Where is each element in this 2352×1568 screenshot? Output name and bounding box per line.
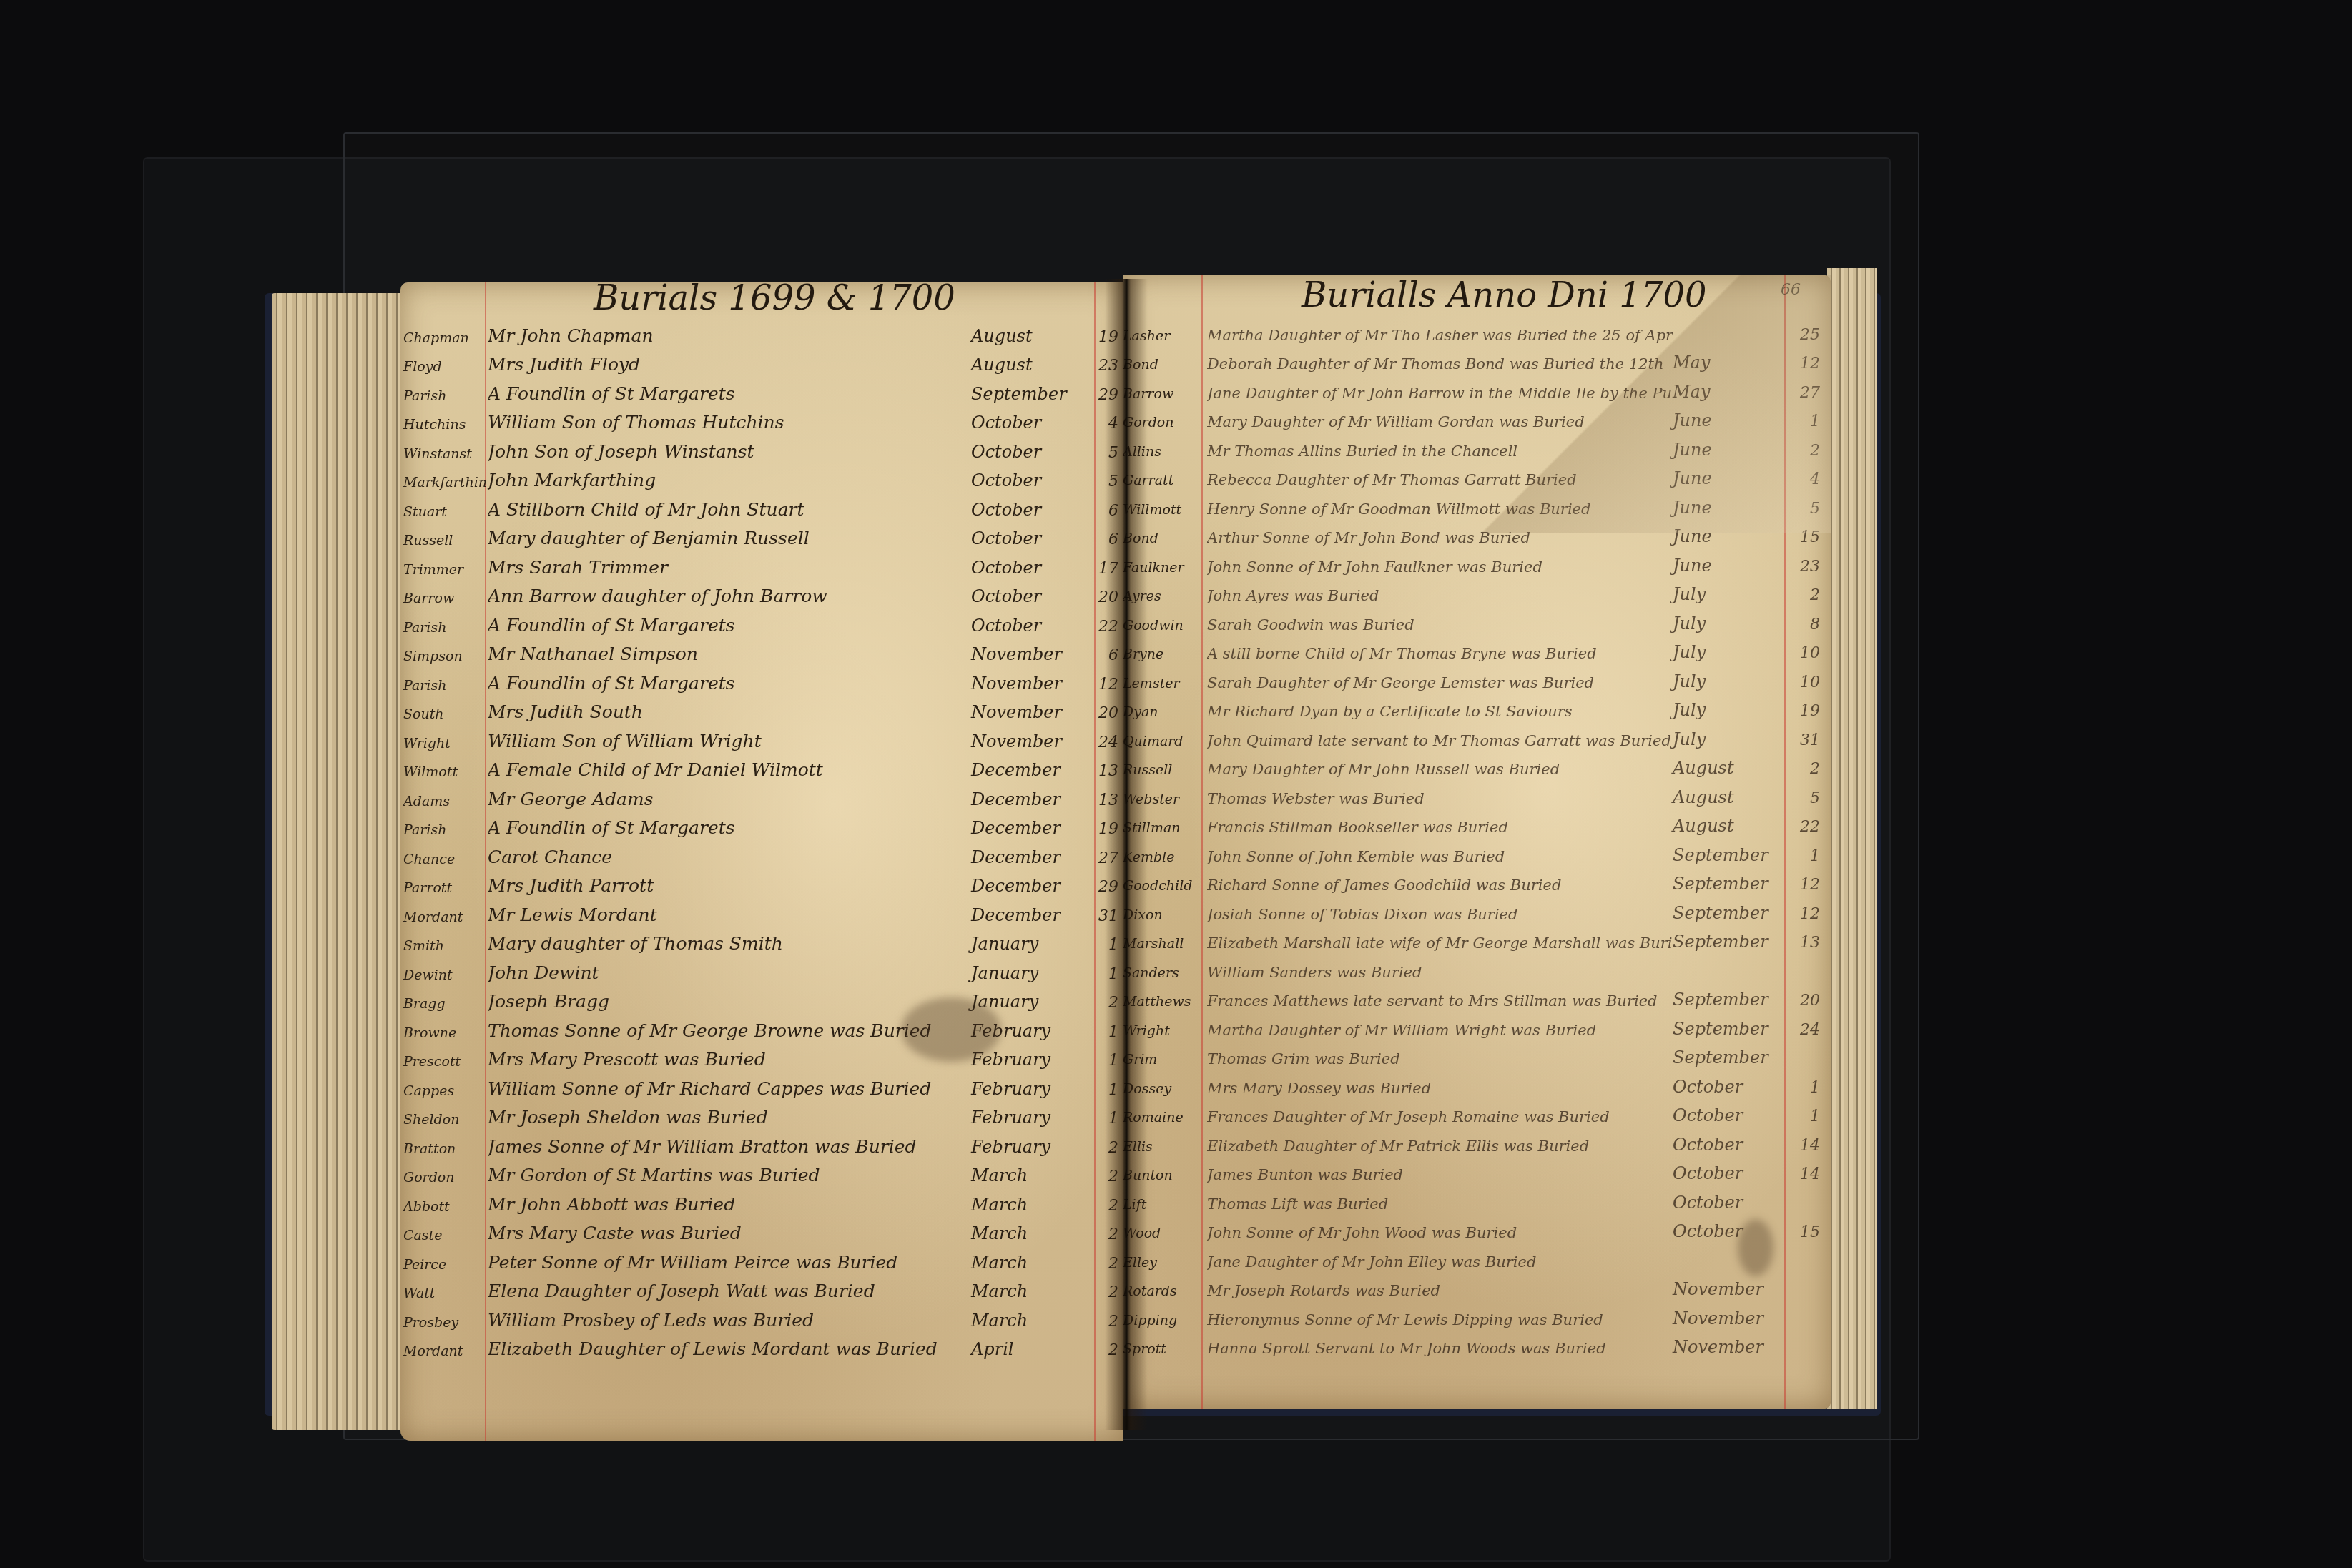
burial-entry: BarrowJane Daughter of Mr John Barrow in…: [1123, 373, 1820, 402]
burial-entry: AbbottMr John Abbott was BuriedMarch2: [403, 1185, 1118, 1215]
entry-month: June: [1673, 526, 1794, 546]
entry-month: July: [1673, 642, 1794, 662]
entry-margin: Mordant: [403, 909, 488, 925]
entry-month: September: [1673, 903, 1794, 923]
entry-month: May: [1673, 352, 1794, 373]
entry-entry: Elena Daughter of Joseph Watt was Buried: [488, 1281, 971, 1301]
entry-month: December: [971, 760, 1093, 780]
entry-margin: Adams: [403, 794, 488, 809]
entry-month: June: [1673, 498, 1794, 518]
entry-entry: Mr John Abbott was Buried: [488, 1194, 971, 1215]
entry-entry: Ann Barrow daughter of John Barrow: [488, 586, 971, 606]
burial-entry: ElleyJane Daughter of Mr John Elley was …: [1123, 1241, 1820, 1271]
entry-month: September: [971, 384, 1093, 404]
burial-entry: KembleJohn Sonne of John Kemble was Buri…: [1123, 836, 1820, 865]
entry-entry: Hanna Sprott Servant to Mr John Woods wa…: [1207, 1340, 1673, 1357]
entry-entry: Joseph Bragg: [488, 991, 971, 1012]
entry-entry: John Sonne of Mr John Wood was Buried: [1207, 1224, 1673, 1241]
entry-month: October: [971, 616, 1093, 636]
entry-entry: A Stillborn Child of Mr John Stuart: [488, 499, 971, 520]
entry-entry: Elizabeth Daughter of Lewis Mordant was …: [488, 1338, 971, 1359]
entry-margin: Watt: [403, 1286, 488, 1301]
entry-month: August: [1673, 758, 1794, 778]
burial-entry: BrowneThomas Sonne of Mr George Browne w…: [403, 1012, 1118, 1041]
entry-entry: John Dewint: [488, 962, 971, 983]
burial-entry: TrimmerMrs Sarah TrimmerOctober17: [403, 548, 1118, 578]
entry-month: November: [971, 731, 1093, 751]
entry-margin: Bratton: [403, 1141, 488, 1157]
folio-number: 66: [1781, 281, 1801, 299]
entry-month: June: [1673, 468, 1794, 488]
entry-month: August: [971, 326, 1093, 346]
entry-margin: Simpson: [403, 649, 488, 664]
entry-entry: William Son of William Wright: [488, 731, 971, 751]
burial-entry: EllisElizabeth Daughter of Mr Patrick El…: [1123, 1125, 1820, 1155]
page-edges-right: [1827, 268, 1877, 1409]
entry-margin: Gordon: [403, 1170, 488, 1185]
entry-day: 5: [1794, 789, 1820, 807]
entry-month: May: [1673, 382, 1794, 402]
entry-entry: Mr Lewis Mordant: [488, 904, 971, 925]
burial-entry: BarrowAnn Barrow daughter of John Barrow…: [403, 578, 1118, 607]
entry-entry: Rebecca Daughter of Mr Thomas Garratt Bu…: [1207, 471, 1673, 488]
entry-entry: Mr Thomas Allins Buried in the Chancell: [1207, 443, 1673, 460]
entry-entry: A Female Child of Mr Daniel Wilmott: [488, 759, 971, 780]
burial-entry: RussellMary daughter of Benjamin Russell…: [403, 520, 1118, 549]
entry-entry: Jane Daughter of Mr John Elley was Burie…: [1207, 1253, 1673, 1271]
burial-entry: RussellMary Daughter of Mr John Russell …: [1123, 749, 1820, 779]
burial-entry: SouthMrs Judith SouthNovember20: [403, 694, 1118, 723]
entry-day: 24: [1794, 1021, 1820, 1039]
entry-day: 23: [1794, 558, 1820, 576]
entry-day: 8: [1794, 616, 1820, 633]
burial-entry: GrimThomas Grim was BuriedSeptember: [1123, 1039, 1820, 1068]
entry-month: September: [1673, 1047, 1794, 1067]
entry-margin: Prescott: [403, 1054, 488, 1070]
entry-entry: Mary daughter of Thomas Smith: [488, 933, 971, 954]
page-title: Burialls Anno Dni 1700: [1302, 275, 1707, 315]
entry-entry: John Sonne of John Kemble was Buried: [1207, 848, 1673, 865]
entry-month: October: [971, 470, 1093, 490]
burial-entry: AyresJohn Ayres was BuriedJuly2: [1123, 576, 1820, 605]
entry-month: November: [971, 674, 1093, 694]
entry-margin: Abbott: [403, 1199, 488, 1215]
entry-month: October: [971, 442, 1093, 462]
entry-entry: Mr John Chapman: [488, 325, 971, 346]
entry-month: March: [971, 1281, 1093, 1301]
entry-month: September: [1673, 874, 1794, 894]
entry-entry: Mrs Mary Prescott was Buried: [488, 1049, 971, 1070]
entry-day: 27: [1794, 384, 1820, 402]
entry-entry: Mrs Mary Dossey was Buried: [1207, 1080, 1673, 1097]
burial-entry: GarrattRebecca Daughter of Mr Thomas Gar…: [1123, 460, 1820, 489]
entry-margin: Markfarthing: [403, 475, 488, 490]
burial-entry: HutchinsWilliam Son of Thomas HutchinsOc…: [403, 404, 1118, 433]
burial-entry: ChanceCarot ChanceDecember27: [403, 838, 1118, 867]
entry-entry: Hieronymus Sonne of Mr Lewis Dipping was…: [1207, 1311, 1673, 1328]
entry-month: November: [971, 702, 1093, 722]
entry-entry: James Sonne of Mr William Bratton was Bu…: [488, 1136, 971, 1157]
entry-month: September: [1673, 932, 1794, 952]
left-page: Burials 1699 & 1700 ChapmanMr John Chapm…: [400, 282, 1123, 1441]
entry-entry: Mrs Judith South: [488, 701, 971, 722]
entry-month: December: [971, 847, 1093, 867]
entry-month: July: [1673, 729, 1794, 749]
entry-entry: Mrs Judith Floyd: [488, 354, 971, 375]
entry-day: 31: [1794, 731, 1820, 749]
burial-entry: BondDeborah Daughter of Mr Thomas Bond w…: [1123, 344, 1820, 373]
entry-day: 2: [1794, 586, 1820, 604]
entry-day: 13: [1794, 934, 1820, 952]
burial-entry: RomaineFrances Daughter of Mr Joseph Rom…: [1123, 1097, 1820, 1126]
entry-day: 1: [1794, 413, 1820, 430]
entry-month: October: [1673, 1135, 1794, 1155]
entry-month: July: [1673, 700, 1794, 720]
burial-entry: WoodJohn Sonne of Mr John Wood was Burie…: [1123, 1213, 1820, 1242]
entry-entry: Arthur Sonne of Mr John Bond was Buried: [1207, 529, 1673, 546]
entry-margin: Parish: [403, 388, 488, 404]
entry-day: 10: [1794, 644, 1820, 662]
burial-entry: WrightMartha Daughter of Mr William Wrig…: [1123, 1010, 1820, 1039]
entry-month: February: [971, 1137, 1093, 1157]
entry-month: February: [971, 1050, 1093, 1070]
entry-day: 4: [1794, 470, 1820, 488]
entry-entry: John Quimard late servant to Mr Thomas G…: [1207, 732, 1673, 749]
entry-month: October: [971, 500, 1093, 520]
entry-entry: Thomas Sonne of Mr George Browne was Bur…: [488, 1020, 971, 1041]
entry-day: 10: [1794, 674, 1820, 691]
burial-entry: SprottHanna Sprott Servant to Mr John Wo…: [1123, 1328, 1820, 1358]
burial-entry: GoodwinSarah Goodwin was BuriedJuly8: [1123, 604, 1820, 633]
entry-entry: Jane Daughter of Mr John Barrow in the M…: [1207, 385, 1673, 402]
entry-margin: Barrow: [403, 591, 488, 606]
burial-entry: CappesWilliam Sonne of Mr Richard Cappes…: [403, 1070, 1118, 1099]
entry-day: 20: [1794, 992, 1820, 1010]
entry-entry: Mary Daughter of Mr William Gordan was B…: [1207, 413, 1673, 430]
entry-day: 25: [1794, 326, 1820, 344]
entry-day: 14: [1794, 1137, 1820, 1155]
burial-entry: AdamsMr George AdamsDecember13: [403, 780, 1118, 809]
entry-entry: Thomas Grim was Buried: [1207, 1050, 1673, 1067]
entry-entry: Peter Sonne of Mr William Peirce was Bur…: [488, 1252, 971, 1273]
entry-margin: Stuart: [403, 504, 488, 520]
entry-margin: Parrott: [403, 880, 488, 896]
entry-month: July: [1673, 613, 1794, 633]
entry-margin: Sheldon: [403, 1112, 488, 1128]
burial-entry: ParishA Foundlin of St MargaretsSeptembe…: [403, 375, 1118, 404]
entry-entry: Martha Daughter of Mr Tho Lasher was Bur…: [1207, 327, 1673, 344]
burial-entry: WrightWilliam Son of William WrightNovem…: [403, 722, 1118, 751]
entry-month: September: [1673, 845, 1794, 865]
burial-entry: SheldonMr Joseph Sheldon was BuriedFebru…: [403, 1099, 1118, 1128]
entry-entry: Mr George Adams: [488, 789, 971, 809]
entry-day: 19: [1794, 702, 1820, 720]
burial-entry: ParishA Foundlin of St MargaretsNovember…: [403, 664, 1118, 694]
entry-day: 1: [1794, 1079, 1820, 1097]
burial-entry: GoodchildRichard Sonne of James Goodchil…: [1123, 865, 1820, 894]
entry-entry: William Sanders was Buried: [1207, 964, 1673, 981]
entry-margin: Prosbey: [403, 1315, 488, 1331]
stain: [901, 997, 1001, 1062]
entry-day: 14: [1794, 1165, 1820, 1183]
burial-entry: PrescottMrs Mary Prescott was BuriedFebr…: [403, 1041, 1118, 1070]
entry-margin: Chance: [403, 852, 488, 867]
entry-month: November: [1673, 1279, 1794, 1299]
entry-month: November: [1673, 1337, 1794, 1357]
entry-entry: John Ayres was Buried: [1207, 587, 1673, 604]
entry-day: 12: [1794, 876, 1820, 894]
burial-entry: ParishA Foundlin of St MargaretsDecember…: [403, 809, 1118, 839]
entry-entry: Elizabeth Marshall late wife of Mr Georg…: [1207, 935, 1673, 952]
entry-day: 5: [1794, 500, 1820, 518]
entry-month: October: [1673, 1163, 1794, 1183]
entry-month: September: [1673, 1019, 1794, 1039]
page-title: Burials 1699 & 1700: [594, 278, 955, 318]
entry-margin: Peirce: [403, 1257, 488, 1273]
entry-entry: John Sonne of Mr John Faulkner was Burie…: [1207, 558, 1673, 576]
burial-entry: MarshallElizabeth Marshall late wife of …: [1123, 923, 1820, 952]
entry-entry: Mary daughter of Benjamin Russell: [488, 528, 971, 548]
entry-entry: Thomas Webster was Buried: [1207, 790, 1673, 807]
entry-margin: Browne: [403, 1025, 488, 1041]
entry-margin: Bragg: [403, 996, 488, 1012]
entry-month: August: [971, 355, 1093, 375]
burial-entry: QuimardJohn Quimard late servant to Mr T…: [1123, 720, 1820, 749]
entry-month: August: [1673, 816, 1794, 836]
entry-entry: Sarah Daughter of Mr George Lemster was …: [1207, 674, 1673, 691]
entry-month: March: [971, 1223, 1093, 1243]
entry-month: March: [971, 1195, 1093, 1215]
burial-entry: DewintJohn DewintJanuary1: [403, 954, 1118, 983]
entry-entry: James Bunton was Buried: [1207, 1166, 1673, 1183]
entry-month: December: [971, 789, 1093, 809]
entry-month: March: [971, 1311, 1093, 1331]
entry-entry: Frances Matthews late servant to Mrs Sti…: [1207, 992, 1673, 1010]
entry-entry: Carot Chance: [488, 847, 971, 867]
entry-margin: Dewint: [403, 967, 488, 983]
right-page: Burialls Anno Dni 1700 66 LasherMartha D…: [1123, 275, 1831, 1409]
burial-entry: GordonMr Gordon of St Martins was Buried…: [403, 1157, 1118, 1186]
entry-entry: A Foundlin of St Margarets: [488, 673, 971, 694]
entry-entry: Frances Daughter of Mr Joseph Romaine wa…: [1207, 1108, 1673, 1125]
entry-month: October: [971, 586, 1093, 606]
entry-day: 12: [1794, 355, 1820, 373]
burial-entry: ParishA Foundlin of St MargaretsOctober2…: [403, 606, 1118, 636]
entry-month: February: [971, 1108, 1093, 1128]
burial-entry: AllinsMr Thomas Allins Buried in the Cha…: [1123, 430, 1820, 460]
entry-entry: William Sonne of Mr Richard Cappes was B…: [488, 1078, 971, 1099]
burial-entry: DixonJosiah Sonne of Tobias Dixon was Bu…: [1123, 894, 1820, 923]
burial-entry: MordantElizabeth Daughter of Lewis Morda…: [403, 1331, 1118, 1360]
entry-entry: Mrs Judith Parrott: [488, 875, 971, 896]
entry-month: October: [971, 528, 1093, 548]
entry-day: 15: [1794, 528, 1820, 546]
entry-month: October: [1673, 1221, 1794, 1241]
entry-day: 2: [1794, 442, 1820, 460]
burial-list-right: LasherMartha Daughter of Mr Tho Lasher w…: [1123, 315, 1820, 1357]
burial-entry: WebsterThomas Webster was BuriedAugust5: [1123, 778, 1820, 807]
burial-entry: CasteMrs Mary Caste was BuriedMarch2: [403, 1215, 1118, 1244]
entry-entry: Mr Joseph Sheldon was Buried: [488, 1107, 971, 1128]
entry-margin: Parish: [403, 678, 488, 694]
entry-margin: Caste: [403, 1228, 488, 1243]
entry-month: February: [971, 1079, 1093, 1099]
entry-entry: Mr Joseph Rotards was Buried: [1207, 1282, 1673, 1299]
entry-margin: Winstanst: [403, 446, 488, 462]
entry-entry: Mary Daughter of Mr John Russell was Bur…: [1207, 761, 1673, 778]
entry-margin: Hutchins: [403, 417, 488, 433]
entry-entry: Mr Gordon of St Martins was Buried: [488, 1165, 971, 1185]
entry-entry: A Foundlin of St Margarets: [488, 615, 971, 636]
burial-entry: SandersWilliam Sanders was Buried: [1123, 952, 1820, 981]
entry-margin: Wilmott: [403, 764, 488, 780]
entry-month: October: [1673, 1105, 1794, 1125]
entry-month: January: [971, 963, 1093, 983]
entry-entry: John Son of Joseph Winstanst: [488, 441, 971, 462]
entry-entry: Mr Richard Dyan by a Certificate to St S…: [1207, 703, 1673, 720]
entry-day: 22: [1794, 818, 1820, 836]
entry-day: 15: [1794, 1223, 1820, 1241]
entry-month: June: [1673, 556, 1794, 576]
entry-month: July: [1673, 584, 1794, 604]
entry-month: June: [1673, 410, 1794, 430]
burial-entry: MatthewsFrances Matthews late servant to…: [1123, 981, 1820, 1010]
burial-entry: BondArthur Sonne of Mr John Bond was Bur…: [1123, 518, 1820, 547]
entry-margin: Floyd: [403, 359, 488, 375]
entry-margin: Parish: [403, 822, 488, 838]
entry-entry: A Foundlin of St Margarets: [488, 383, 971, 404]
entry-entry: John Markfarthing: [488, 470, 971, 490]
entry-entry: Mrs Sarah Trimmer: [488, 557, 971, 578]
entry-margin: Trimmer: [403, 562, 488, 578]
entry-month: November: [1673, 1308, 1794, 1328]
burial-entry: FloydMrs Judith FloydAugust23: [403, 346, 1118, 375]
burial-entry: PeircePeter Sonne of Mr William Peirce w…: [403, 1243, 1118, 1273]
burial-entry: SimpsonMr Nathanael SimpsonNovember6: [403, 636, 1118, 665]
entry-month: July: [1673, 671, 1794, 691]
entry-month: April: [971, 1339, 1093, 1359]
entry-margin: Mordant: [403, 1343, 488, 1359]
entry-month: October: [1673, 1193, 1794, 1213]
entry-month: August: [1673, 787, 1794, 807]
entry-entry: Josiah Sonne of Tobias Dixon was Buried: [1207, 906, 1673, 923]
burial-entry: ProsbeyWilliam Prosbey of Leds was Burie…: [403, 1301, 1118, 1331]
entry-entry: Mr Nathanael Simpson: [488, 644, 971, 664]
entry-entry: A still borne Child of Mr Thomas Bryne w…: [1207, 645, 1673, 662]
entry-month: October: [1673, 1077, 1794, 1097]
burial-entry: StuartA Stillborn Child of Mr John Stuar…: [403, 490, 1118, 520]
entry-entry: William Son of Thomas Hutchins: [488, 412, 971, 433]
burial-entry: BraggJoseph BraggJanuary2: [403, 983, 1118, 1012]
entry-margin: Parish: [403, 620, 488, 636]
entry-day: 12: [1794, 905, 1820, 923]
entry-month: December: [971, 905, 1093, 925]
entry-entry: Thomas Lift was Buried: [1207, 1195, 1673, 1213]
entry-month: December: [971, 876, 1093, 896]
entry-entry: Henry Sonne of Mr Goodman Willmott was B…: [1207, 501, 1673, 518]
burial-entry: LemsterSarah Daughter of Mr George Lemst…: [1123, 662, 1820, 691]
entry-day: 1: [1794, 1108, 1820, 1125]
burial-entry: MarkfarthingJohn MarkfarthingOctober5: [403, 462, 1118, 491]
entry-entry: Deborah Daughter of Mr Thomas Bond was B…: [1207, 355, 1673, 373]
entry-margin: South: [403, 706, 488, 722]
burial-entry: DyanMr Richard Dyan by a Certificate to …: [1123, 691, 1820, 721]
burial-entry: MordantMr Lewis MordantDecember31: [403, 896, 1118, 925]
entry-margin: Cappes: [403, 1083, 488, 1099]
page-edges-left: [272, 293, 408, 1430]
burial-entry: RotardsMr Joseph Rotards was BuriedNovem…: [1123, 1271, 1820, 1300]
entry-entry: Sarah Goodwin was Buried: [1207, 616, 1673, 633]
burial-entry: FaulknerJohn Sonne of Mr John Faulkner w…: [1123, 546, 1820, 576]
entry-month: June: [1673, 440, 1794, 460]
burial-entry: StillmanFrancis Stillman Bookseller was …: [1123, 807, 1820, 837]
burial-entry: ParrottMrs Judith ParrottDecember29: [403, 867, 1118, 897]
book-gutter: [1105, 279, 1148, 1430]
burial-entry: SmithMary daughter of Thomas SmithJanuar…: [403, 925, 1118, 955]
entry-entry: Richard Sonne of James Goodchild was Bur…: [1207, 877, 1673, 894]
ink-blot: [1738, 1219, 1773, 1276]
burial-entry: LasherMartha Daughter of Mr Tho Lasher w…: [1123, 315, 1820, 344]
entry-day: 1: [1794, 847, 1820, 865]
burial-entry: WillmottHenry Sonne of Mr Goodman Willmo…: [1123, 488, 1820, 518]
burial-entry: WattElena Daughter of Joseph Watt was Bu…: [403, 1273, 1118, 1302]
entry-entry: William Prosbey of Leds was Buried: [488, 1310, 971, 1331]
entry-entry: Francis Stillman Bookseller was Buried: [1207, 819, 1673, 836]
entry-margin: Russell: [403, 533, 488, 548]
entry-entry: Mrs Mary Caste was Buried: [488, 1223, 971, 1243]
entry-day: 2: [1794, 760, 1820, 778]
burial-entry: WilmottA Female Child of Mr Daniel Wilmo…: [403, 751, 1118, 781]
entry-entry: Martha Daughter of Mr William Wright was…: [1207, 1022, 1673, 1039]
entry-month: March: [971, 1165, 1093, 1185]
entry-margin: Chapman: [403, 330, 488, 346]
burial-entry: BrattonJames Sonne of Mr William Bratton…: [403, 1128, 1118, 1157]
entry-month: March: [971, 1253, 1093, 1273]
burial-entry: WinstanstJohn Son of Joseph WinstanstOct…: [403, 433, 1118, 462]
burial-entry: BryneA still borne Child of Mr Thomas Br…: [1123, 633, 1820, 663]
burial-list-left: ChapmanMr John ChapmanAugust19FloydMrs J…: [403, 317, 1118, 1359]
entry-margin: Wright: [403, 736, 488, 751]
entry-month: December: [971, 818, 1093, 838]
entry-entry: A Foundlin of St Margarets: [488, 817, 971, 838]
burial-entry: GordonMary Daughter of Mr William Gordan…: [1123, 402, 1820, 431]
entry-month: October: [971, 413, 1093, 433]
entry-month: October: [971, 558, 1093, 578]
burial-entry: DippingHieronymus Sonne of Mr Lewis Dipp…: [1123, 1299, 1820, 1328]
entry-month: November: [971, 644, 1093, 664]
burial-entry: DosseyMrs Mary Dossey was BuriedOctober1: [1123, 1067, 1820, 1097]
burial-entry: LiftThomas Lift was BuriedOctober: [1123, 1183, 1820, 1213]
entry-entry: Elizabeth Daughter of Mr Patrick Ellis w…: [1207, 1138, 1673, 1155]
entry-month: January: [971, 934, 1093, 954]
entry-margin: Smith: [403, 938, 488, 954]
burial-entry: BuntonJames Bunton was BuriedOctober14: [1123, 1155, 1820, 1184]
entry-month: September: [1673, 990, 1794, 1010]
burial-entry: ChapmanMr John ChapmanAugust19: [403, 317, 1118, 346]
